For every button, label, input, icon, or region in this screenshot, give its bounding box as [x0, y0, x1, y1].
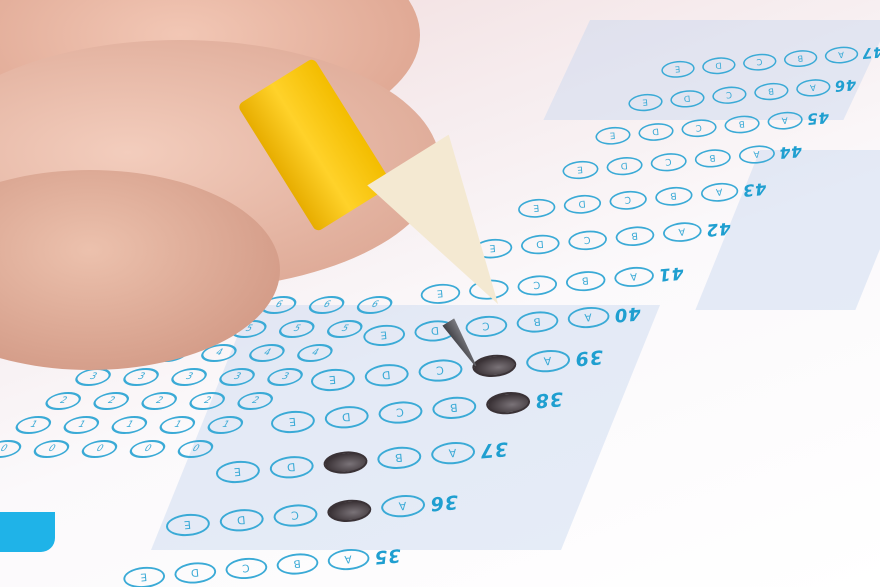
answer-bubble-b[interactable]: B [614, 225, 654, 248]
id-digit-bubble[interactable]: 0 [29, 440, 73, 458]
answer-bubble-b[interactable]: B [654, 185, 693, 207]
answer-bubble-d[interactable]: D [669, 89, 705, 109]
answer-bubble-d[interactable]: D [637, 122, 674, 143]
answer-bubble-d[interactable]: D [268, 454, 314, 480]
id-digit-bubble[interactable]: 2 [41, 392, 85, 410]
answer-bubble-e[interactable]: E [660, 60, 695, 80]
question-number: 44 [778, 142, 803, 162]
question-number: 45 [806, 108, 830, 128]
question-number: 42 [705, 218, 732, 239]
answer-bubble-a[interactable]: A [662, 221, 702, 244]
answer-bubble-a[interactable]: A [824, 45, 859, 65]
answer-bubble-c[interactable]: C [377, 400, 423, 426]
answer-bubble-d[interactable]: D [605, 156, 643, 177]
question-number: 43 [741, 179, 767, 200]
id-digit-bubble[interactable]: 0 [0, 440, 26, 458]
answer-bubble-b[interactable]: B [431, 395, 477, 421]
id-digit-bubble[interactable]: 3 [71, 368, 115, 386]
answer-bubble-e[interactable]: E [594, 126, 631, 147]
answer-bubble-e[interactable]: E [561, 159, 599, 180]
answer-bubble-c[interactable]: C [680, 118, 717, 139]
answer-bubble-c[interactable]: C [567, 229, 607, 252]
id-digit-bubble[interactable]: 1 [107, 416, 151, 434]
question-number: 46 [833, 76, 857, 95]
id-digit-bubble[interactable]: 1 [11, 416, 55, 434]
id-digit-bubble[interactable]: 4 [245, 344, 289, 362]
id-digit-bubble[interactable]: 1 [59, 416, 103, 434]
id-digit-bubble[interactable]: 0 [173, 440, 217, 458]
answer-bubble-e[interactable]: E [310, 367, 356, 393]
answer-bubble-d[interactable]: D [520, 233, 560, 256]
answer-bubble-a[interactable]: A [766, 110, 803, 131]
answer-bubble-e[interactable]: E [362, 323, 405, 347]
answer-bubble-e[interactable]: E [165, 512, 211, 538]
answer-bubble-c[interactable]: C [322, 450, 368, 476]
answer-bubble-e[interactable]: E [517, 197, 556, 219]
answer-bubble-d[interactable]: D [563, 193, 602, 215]
answer-bubble-a[interactable]: A [485, 390, 531, 416]
answer-bubble-c[interactable]: C [711, 85, 747, 105]
id-digit-bubble[interactable]: 3 [215, 368, 259, 386]
answer-bubble-d[interactable]: D [323, 404, 369, 430]
answer-bubble-b[interactable]: B [753, 82, 789, 102]
answer-bubble-b[interactable]: B [515, 310, 558, 334]
answer-bubble-a[interactable]: A [795, 78, 831, 98]
question-number: 39 [574, 345, 604, 369]
question-number: 40 [613, 303, 642, 326]
answer-bubble-d[interactable]: D [218, 507, 264, 533]
id-digit-bubble[interactable]: 2 [137, 392, 181, 410]
answer-bubble-e[interactable]: E [627, 93, 663, 113]
answer-bubble-a[interactable]: A [738, 144, 776, 165]
photo-scene: 35ABCDE36ABCDE37ABCDE38ABCDE39ABCDE40ABC… [0, 0, 880, 587]
id-digit-bubble[interactable]: 1 [203, 416, 247, 434]
id-digit-bubble[interactable]: 2 [185, 392, 229, 410]
answer-bubble-d[interactable]: D [701, 56, 736, 76]
answer-bubble-a[interactable]: A [700, 181, 739, 203]
id-digit-bubble[interactable]: 2 [89, 392, 133, 410]
question-number: 47 [861, 43, 880, 62]
answer-bubble-a[interactable]: A [613, 265, 654, 288]
answer-bubble-c[interactable]: C [272, 503, 318, 529]
question-number: 36 [429, 490, 459, 514]
answer-bubble-b[interactable]: B [275, 552, 318, 576]
answer-bubble-b[interactable]: B [723, 114, 760, 135]
answer-bubble-b[interactable]: B [694, 148, 732, 169]
answer-bubble-c[interactable]: C [650, 152, 688, 173]
id-digit-bubble[interactable]: 2 [233, 392, 277, 410]
answer-bubble-b[interactable]: B [471, 353, 517, 379]
id-digit-bubble[interactable]: 5 [275, 320, 319, 338]
answer-bubble-c[interactable]: C [608, 189, 647, 211]
question-number: 38 [534, 387, 564, 411]
question-number: 41 [657, 263, 684, 285]
answer-bubble-a[interactable]: A [430, 440, 476, 466]
answer-bubble-a[interactable]: A [525, 348, 571, 374]
answer-bubble-c[interactable]: C [224, 556, 267, 580]
id-block [0, 512, 55, 552]
answer-bubble-d[interactable]: D [173, 561, 216, 585]
answer-bubble-b[interactable]: B [376, 445, 422, 471]
id-digit-bubble[interactable]: 0 [77, 440, 121, 458]
answer-bubble-e[interactable]: E [122, 565, 165, 587]
answer-bubble-e[interactable]: E [215, 459, 261, 485]
answer-bubble-a[interactable]: A [380, 493, 426, 519]
id-digit-bubble[interactable]: 1 [155, 416, 199, 434]
answer-bubble-b[interactable]: B [326, 498, 372, 524]
answer-bubble-c[interactable]: C [742, 52, 777, 72]
question-number: 37 [479, 437, 509, 461]
id-digit-bubble[interactable]: 0 [125, 440, 169, 458]
answer-row: 35ABCDE [117, 544, 409, 587]
answer-bubble-d[interactable]: D [363, 362, 409, 388]
answer-bubble-a[interactable]: A [566, 305, 609, 329]
answer-bubble-a[interactable]: A [326, 547, 369, 571]
id-digit-bubble[interactable]: 3 [119, 368, 163, 386]
id-digit-bubble[interactable]: 3 [167, 368, 211, 386]
question-number: 35 [373, 545, 402, 568]
answer-bubble-b[interactable]: B [783, 49, 818, 69]
answer-bubble-c[interactable]: C [417, 358, 463, 384]
answer-bubble-b[interactable]: B [565, 270, 606, 293]
